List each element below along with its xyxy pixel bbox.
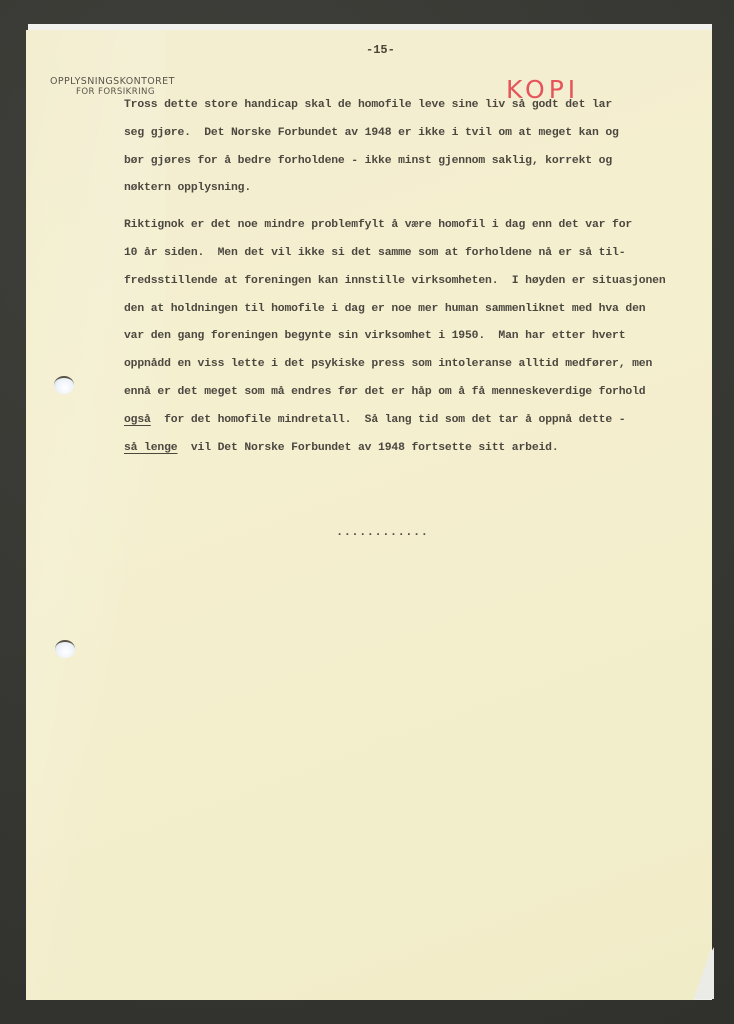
document-body: Tross dette store handicap skal de homof… bbox=[124, 96, 704, 475]
underlined-word: også bbox=[124, 414, 151, 426]
paragraph-1: Tross dette store handicap skal de homof… bbox=[124, 96, 704, 207]
paragraph-2: Riktignok er det noe mindre problemfylt … bbox=[124, 216, 704, 466]
underlined-word: så lenge bbox=[124, 442, 177, 454]
text-line-underlined: så lenge vil Det Norske Forbundet av 194… bbox=[124, 439, 704, 467]
text-line: fredsstillende at foreningen kan innstil… bbox=[124, 272, 704, 300]
section-separator: ............ bbox=[336, 525, 428, 539]
text-line: Riktignok er det noe mindre problemfylt … bbox=[124, 216, 704, 244]
text-line: oppnådd en viss lette i det psykiske pre… bbox=[124, 355, 704, 383]
document-page: -15- OPPLYSNINGSKONTORET FOR FORSIKRING … bbox=[26, 30, 712, 1000]
text-line: nøktern opplysning. bbox=[124, 179, 704, 207]
letterhead: OPPLYSNINGSKONTORET FOR FORSIKRING bbox=[50, 76, 175, 98]
text-line: 10 år siden. Men det vil ikke si det sam… bbox=[124, 244, 704, 272]
line-rest: vil Det Norske Forbundet av 1948 fortset… bbox=[177, 442, 558, 454]
punch-hole-icon bbox=[55, 640, 75, 658]
text-line: var den gang foreningen begynte sin virk… bbox=[124, 327, 704, 355]
text-line: seg gjøre. Det Norske Forbundet av 1948 … bbox=[124, 124, 704, 152]
text-line: den at holdningen til homofile i dag er … bbox=[124, 300, 704, 328]
letterhead-line-1: OPPLYSNINGSKONTORET bbox=[50, 76, 175, 87]
text-line: ennå er det meget som må endres før det … bbox=[124, 383, 704, 411]
line-rest: for det homofile mindretall. Så lang tid… bbox=[151, 414, 626, 426]
text-line-underlined: også for det homofile mindretall. Så lan… bbox=[124, 411, 704, 439]
page-number: -15- bbox=[366, 43, 395, 57]
punch-hole-icon bbox=[54, 376, 74, 394]
text-line: bør gjøres for å bedre forholdene - ikke… bbox=[124, 152, 704, 180]
text-line: Tross dette store handicap skal de homof… bbox=[124, 96, 704, 124]
